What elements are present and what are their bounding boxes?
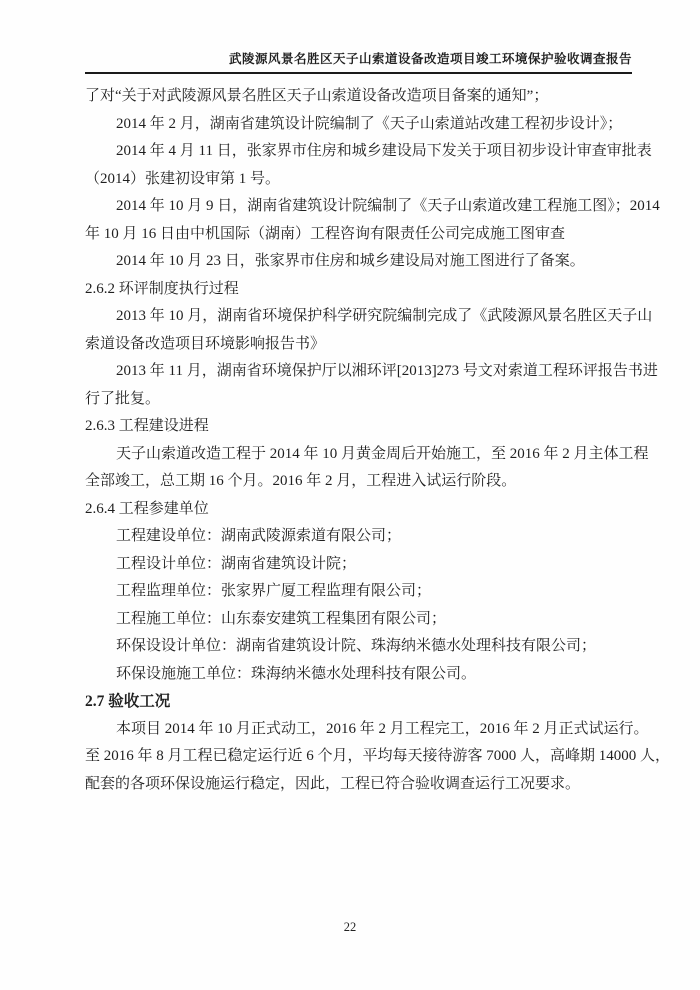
text-line: 2014 年 2 月，湖南省建筑设计院编制了《天子山索道站改建工程初步设计》； xyxy=(85,111,630,139)
text-line: 至 2016 年 8 月工程已稳定运行近 6 个月，平均每天接待游客 7000 … xyxy=(85,743,630,771)
text-line: 了对“关于对武陵源风景名胜区天子山索道设备改造项目备案的通知”； xyxy=(85,83,630,111)
text-line: 本项目 2014 年 10 月正式动工，2016 年 2 月工程完工，2016 … xyxy=(85,716,630,744)
text-line: 2014 年 10 月 9 日，湖南省建筑设计院编制了《天子山索道改建工程施工图… xyxy=(85,193,630,221)
document-page: 武陵源风景名胜区天子山索道设备改造项目竣工环境保护验收调查报告 了对“关于对武陵… xyxy=(0,0,700,990)
page-number: 22 xyxy=(344,920,357,934)
text-line: （2014）张建初设审第 1 号。 xyxy=(85,166,630,194)
text-line: 年 10 月 16 日由中机国际（湖南）工程咨询有限责任公司完成施工图审查 xyxy=(85,221,630,249)
text-line: 全部竣工，总工期 16 个月。2016 年 2 月，工程进入试运行阶段。 xyxy=(85,468,630,496)
list-item-construction-unit: 工程建设单位：湖南武陵源索道有限公司； xyxy=(85,523,630,551)
section-heading-2-6-3: 2.6.3 工程建设进程 xyxy=(85,413,630,441)
text-line: 2014 年 4 月 11 日，张家界市住房和城乡建设局下发关于项目初步设计审查… xyxy=(85,138,630,166)
section-heading-2-6-4: 2.6.4 工程参建单位 xyxy=(85,496,630,524)
text-line: 索道设备改造项目环境影响报告书》 xyxy=(85,331,630,359)
list-item-design-unit: 工程设计单位：湖南省建筑设计院； xyxy=(85,551,630,579)
list-item-supervision-unit: 工程监理单位：张家界广厦工程监理有限公司； xyxy=(85,578,630,606)
text-line: 2013 年 10 月，湖南省环境保护科学研究院编制完成了《武陵源风景名胜区天子… xyxy=(85,303,630,331)
text-line: 2013 年 11 月，湖南省环境保护厅以湘环评[2013]273 号文对索道工… xyxy=(85,358,630,386)
document-body: 了对“关于对武陵源风景名胜区天子山索道设备改造项目备案的通知”； 2014 年 … xyxy=(85,83,630,798)
text-line: 配套的各项环保设施运行稳定，因此，工程已符合验收调查运行工况要求。 xyxy=(85,771,630,799)
list-item-builder-unit: 工程施工单位：山东泰安建筑工程集团有限公司； xyxy=(85,606,630,634)
text-line: 行了批复。 xyxy=(85,386,630,414)
text-line: 天子山索道改造工程于 2014 年 10 月黄金周后开始施工，至 2016 年 … xyxy=(85,441,630,469)
page-footer: 22 xyxy=(0,920,700,935)
page-header: 武陵源风景名胜区天子山索道设备改造项目竣工环境保护验收调查报告 xyxy=(85,52,632,74)
header-divider xyxy=(85,72,632,74)
text-line: 2014 年 10 月 23 日，张家界市住房和城乡建设局对施工图进行了备案。 xyxy=(85,248,630,276)
section-heading-2-7: 2.7 验收工况 xyxy=(85,688,630,716)
list-item-env-design-unit: 环保设设计单位：湖南省建筑设计院、珠海纳米德水处理科技有限公司； xyxy=(85,633,630,661)
section-heading-2-6-2: 2.6.2 环评制度执行过程 xyxy=(85,276,630,304)
list-item-env-builder-unit: 环保设施施工单位：珠海纳米德水处理科技有限公司。 xyxy=(85,661,630,689)
running-title: 武陵源风景名胜区天子山索道设备改造项目竣工环境保护验收调查报告 xyxy=(85,52,632,72)
